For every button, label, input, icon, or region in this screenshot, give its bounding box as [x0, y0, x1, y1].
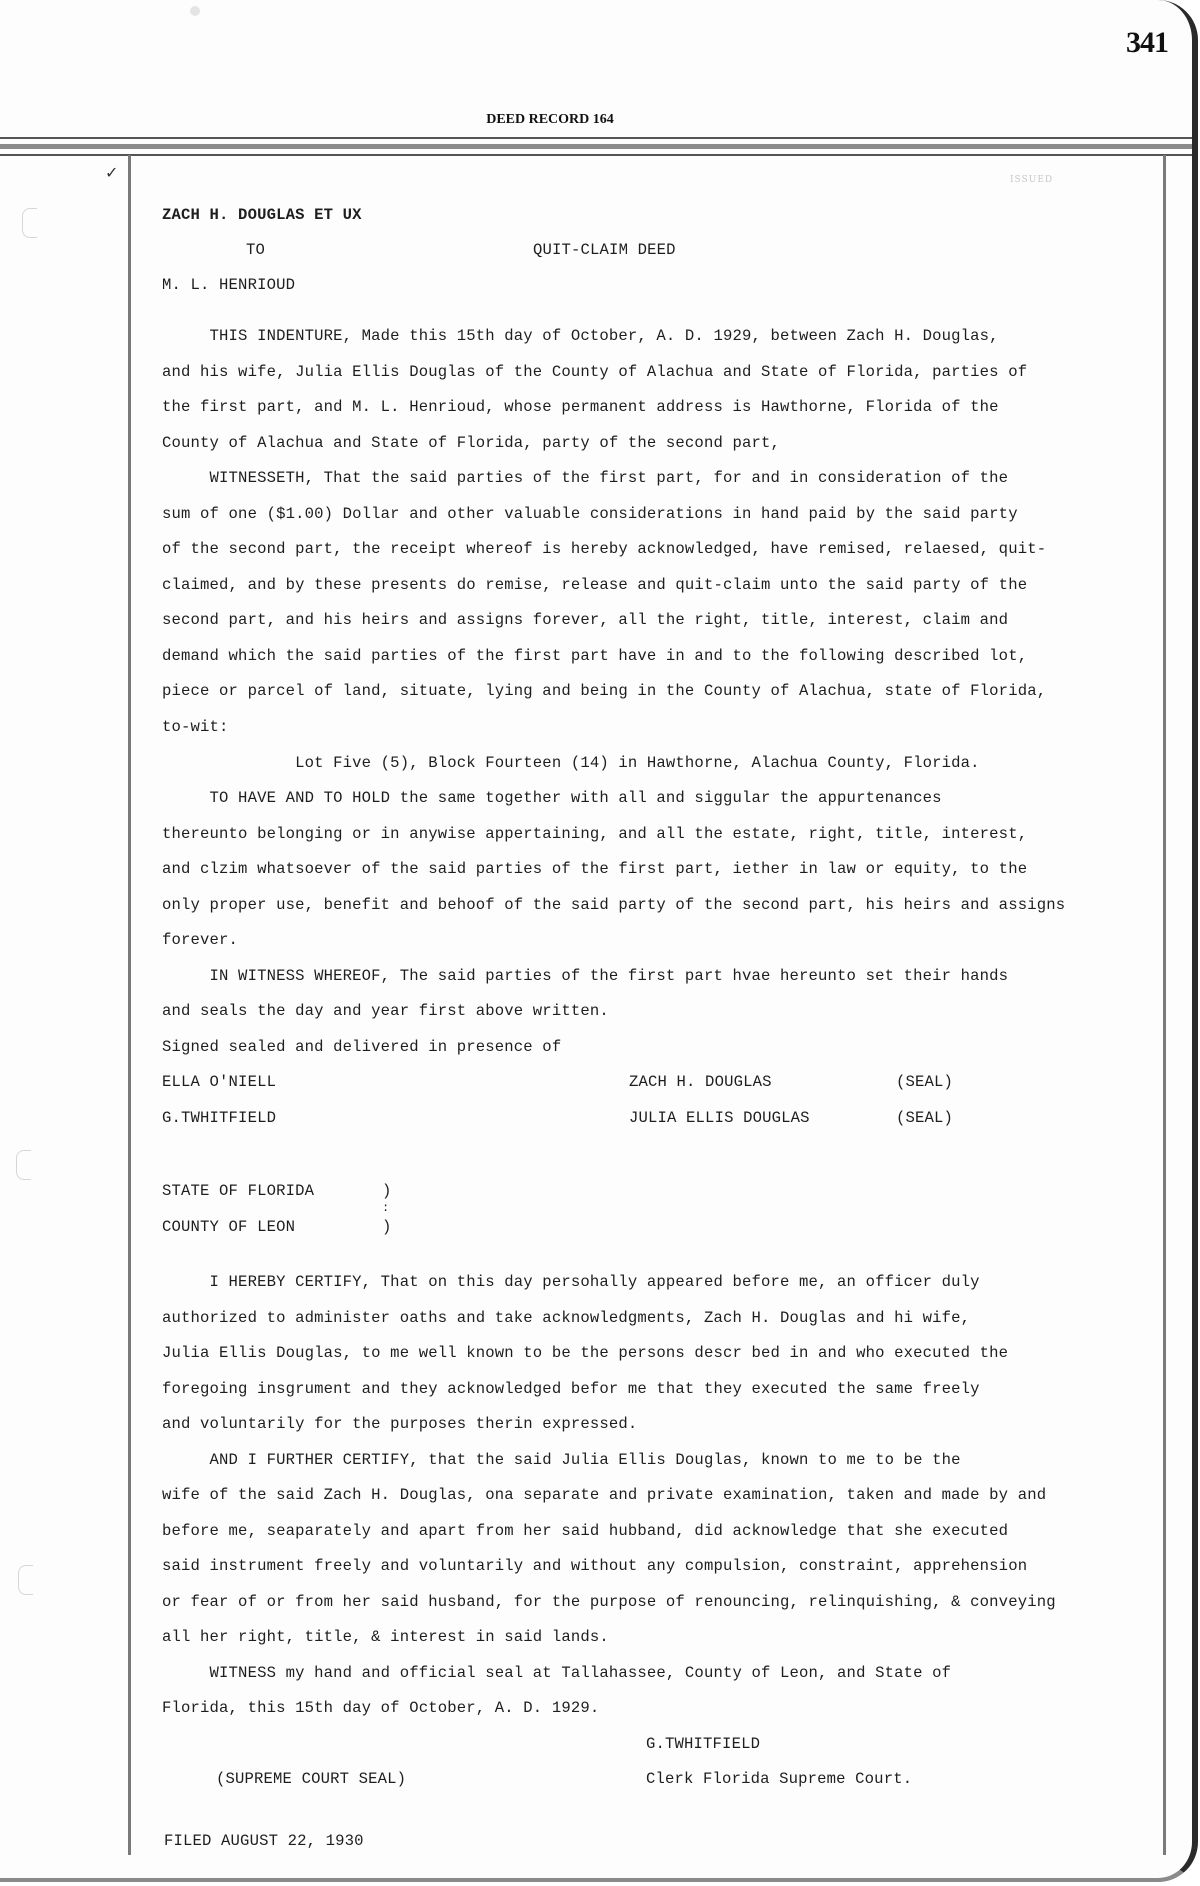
page-blemish — [190, 6, 200, 16]
binder-hole-mark — [22, 208, 37, 238]
body-line: IN WITNESS WHEREOF, The said parties of … — [162, 967, 1008, 985]
officer-title: Clerk Florida Supreme Court. — [646, 1770, 912, 1788]
body-line: demand which the said parties of the fir… — [162, 647, 1027, 665]
body-line: forever. — [162, 931, 238, 949]
grantor-signature: ZACH H. DOUGLAS — [629, 1073, 772, 1091]
body-line: THIS INDENTURE, Made this 15th day of Oc… — [162, 327, 999, 345]
body-line: Signed sealed and delivered in presence … — [162, 1038, 561, 1056]
body-line: only proper use, benefit and behoof of t… — [162, 896, 1065, 914]
document-type: QUIT-CLAIM DEED — [533, 241, 676, 259]
court-seal-label: (SUPREME COURT SEAL) — [216, 1770, 406, 1788]
acknowledgment-line: foregoing insgrument and they acknowledg… — [162, 1380, 980, 1398]
venue-bracket: ) — [382, 1182, 392, 1200]
body-line: piece or parcel of land, situate, lying … — [162, 682, 1046, 700]
acknowledgment-line: and voluntarily for the purposes therin … — [162, 1415, 637, 1433]
acknowledgment-line: Florida, this 15th day of October, A. D.… — [162, 1699, 599, 1717]
check-mark-icon: ✓ — [105, 163, 118, 182]
body-line: sum of one ($1.00) Dollar and other valu… — [162, 505, 1018, 523]
property-description: Lot Five (5), Block Fourteen (14) in Haw… — [162, 754, 980, 772]
body-line: second part, and his heirs and assigns f… — [162, 611, 1008, 629]
witness-signature: G.TWHITFIELD — [162, 1109, 276, 1127]
officer-signature: G.TWHITFIELD — [646, 1735, 760, 1753]
venue-bracket: ) — [382, 1218, 392, 1236]
faint-stamp: ISSUED — [1010, 175, 1053, 185]
acknowledgment-line: all her right, title, & interest in said… — [162, 1628, 609, 1646]
body-line: and seals the day and year first above w… — [162, 1002, 609, 1020]
grantor-signature: JULIA ELLIS DOUGLAS — [629, 1109, 810, 1127]
acknowledgment-line: before me, seaparately and apart from he… — [162, 1522, 1008, 1540]
filing-date: FILED AUGUST 22, 1930 — [164, 1832, 364, 1850]
grantor-caption: ZACH H. DOUGLAS ET UX — [162, 206, 362, 224]
venue-state: STATE OF FLORIDA — [162, 1182, 314, 1200]
left-margin-line — [128, 155, 131, 1855]
grantee-caption: M. L. HENRIOUD — [162, 276, 295, 294]
acknowledgment-line: AND I FURTHER CERTIFY, that the said Jul… — [162, 1451, 961, 1469]
body-line: and his wife, Julia Ellis Douglas of the… — [162, 363, 1027, 381]
venue-bracket: : — [382, 1199, 389, 1217]
header-rule-bottom — [0, 154, 1192, 156]
body-line: and clzim whatsoever of the said parties… — [162, 860, 1027, 878]
body-line: WITNESSETH, That the said parties of the… — [162, 469, 1008, 487]
seal-label: (SEAL) — [896, 1073, 953, 1091]
acknowledgment-line: authorized to administer oaths and take … — [162, 1309, 970, 1327]
body-line: of the second part, the receipt whereof … — [162, 540, 1046, 558]
caption-connector: TO — [246, 241, 265, 259]
seal-label: (SEAL) — [896, 1109, 953, 1127]
body-line: TO HAVE AND TO HOLD the same together wi… — [162, 789, 942, 807]
record-title: DEED RECORD 164 — [0, 112, 1100, 128]
acknowledgment-line: WITNESS my hand and official seal at Tal… — [162, 1664, 951, 1682]
acknowledgment-line: Julia Ellis Douglas, to me well known to… — [162, 1344, 1008, 1362]
witness-signature: ELLA O'NIELL — [162, 1073, 276, 1091]
deed-record-page: 341 DEED RECORD 164 ✓ ISSUED ZACH H. DOU… — [0, 0, 1198, 1882]
body-line: thereunto belonging or in anywise appert… — [162, 825, 1027, 843]
acknowledgment-line: I HEREBY CERTIFY, That on this day perso… — [162, 1273, 980, 1291]
body-line: County of Alachua and State of Florida, … — [162, 434, 780, 452]
binder-hole-mark — [18, 1565, 33, 1595]
body-line: the first part, and M. L. Henrioud, whos… — [162, 398, 999, 416]
header-rule-top — [0, 137, 1192, 139]
header-rule-thick — [0, 144, 1192, 149]
binder-hole-mark — [16, 1150, 31, 1180]
page-number: 341 — [1126, 26, 1168, 60]
acknowledgment-line: said instrument freely and voluntarily a… — [162, 1557, 1027, 1575]
right-margin-line — [1163, 155, 1166, 1855]
acknowledgment-line: wife of the said Zach H. Douglas, ona se… — [162, 1486, 1046, 1504]
body-line: to-wit: — [162, 718, 229, 736]
acknowledgment-line: or fear of or from her said husband, for… — [162, 1593, 1056, 1611]
venue-county: COUNTY OF LEON — [162, 1218, 295, 1236]
body-line: claimed, and by these presents do remise… — [162, 576, 1027, 594]
